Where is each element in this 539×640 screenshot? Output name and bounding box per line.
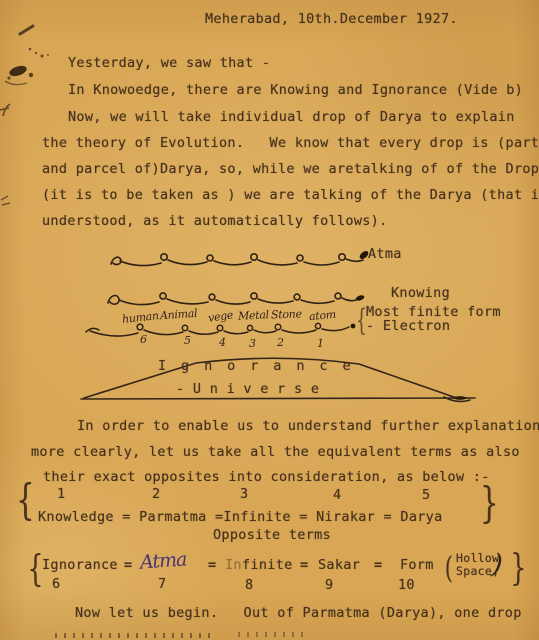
body-line: Now, we will take individual drop of Dar… — [68, 111, 515, 125]
hollow-paren-close-handwritten: ) — [490, 549, 504, 581]
scanned-letter-page: Meherabad, 10th.December 1927. Yesterday… — [0, 0, 539, 640]
evolution-number: 3 — [249, 337, 256, 350]
evolution-number: 5 — [184, 334, 191, 347]
body-line: (it is to be taken as ) we are talking o… — [42, 189, 539, 203]
equals-sign: = — [374, 559, 382, 573]
sakar-term: Sakar — [318, 559, 360, 573]
table-number: 9 — [325, 579, 333, 593]
evolution-number: 4 — [219, 336, 226, 349]
body-line: more clearly, let us take all the equiva… — [31, 446, 520, 460]
infinite-term: finite — [242, 559, 293, 573]
dateline: Meherabad, 10th.December 1927. — [205, 13, 458, 27]
form-term: Form — [400, 559, 434, 573]
electron-label: - Electron — [366, 320, 450, 334]
body-line: Yesterday, we saw that - — [68, 57, 270, 71]
evolution-number: 6 — [140, 333, 147, 346]
equals-sign: = — [124, 559, 132, 573]
table-number: 7 — [158, 578, 166, 592]
row-brace-right: } — [510, 548, 526, 589]
evolution-number: 1 — [317, 337, 324, 350]
cutoff-text-remnant — [55, 633, 215, 638]
body-line: understood, as it automatically follows)… — [42, 215, 388, 229]
equals-sign: = — [300, 559, 308, 573]
equals-sign: = — [208, 559, 216, 573]
hollow-paren-open: ( — [445, 551, 453, 586]
knowledge-equivalents-row: Knowledge = Parmatma =Infinite = Nirakar… — [38, 511, 443, 525]
table-number: 4 — [333, 489, 341, 503]
body-line: In order to enable us to understand furt… — [77, 420, 539, 434]
dome-label-universe: - U n i v e r s e — [176, 383, 319, 397]
table-number: 10 — [398, 579, 415, 593]
evolution-number: 2 — [277, 336, 284, 349]
table-brace-right: } — [480, 478, 499, 527]
table-number: 1 — [57, 488, 65, 502]
table-number: 6 — [52, 578, 60, 592]
table-number: 2 — [152, 488, 160, 502]
knowing-label: Knowing — [391, 287, 450, 301]
atma-handwritten: Atma — [139, 548, 187, 573]
body-line: their exact opposites into consideration… — [43, 471, 490, 485]
knowing-loop-drawing — [106, 281, 370, 311]
evolution-loop-drawing — [82, 317, 370, 343]
infinite-term-faded: In — [225, 559, 242, 573]
atma-label: Atma — [368, 248, 402, 262]
table-number: 5 — [422, 489, 430, 503]
cutoff-text-remnant — [238, 632, 308, 637]
body-line: and parcel of)Darya, so, while we aretal… — [42, 163, 539, 177]
closing-line: Now let us begin. Out of Parmatma (Darya… — [75, 607, 522, 621]
atma-loop-drawing — [108, 243, 376, 273]
body-line: In Knowoedge, there are Knowing and Igno… — [68, 84, 523, 98]
table-brace-left: { — [16, 475, 35, 524]
dome-label-ignorance: I g n o r a n c e — [158, 360, 354, 374]
table-number: 3 — [240, 488, 248, 502]
ignorance-term: Ignorance — [42, 559, 118, 573]
table-number: 8 — [245, 579, 253, 593]
opposite-terms-label: Opposite terms — [213, 529, 331, 543]
body-line: the theory of Evolution. We know that ev… — [42, 137, 539, 151]
